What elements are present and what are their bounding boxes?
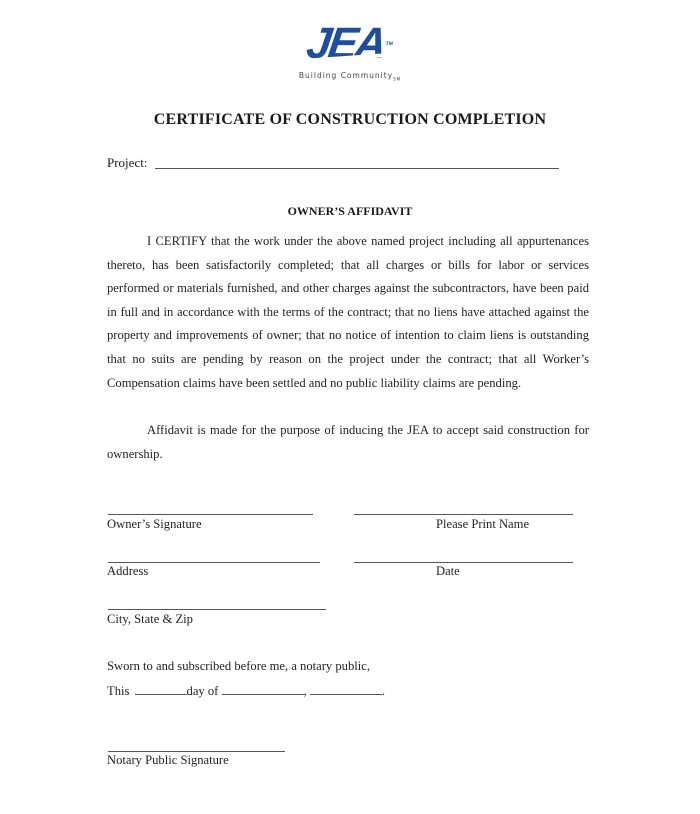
notary-sworn-text: Sworn to and subscribed before me, a not… [107, 659, 370, 674]
notary-month-field[interactable] [222, 682, 304, 695]
jea-logo: JEATM [0, 22, 700, 66]
notary-day-field[interactable] [135, 682, 187, 695]
notary-year-field[interactable] [310, 682, 382, 695]
print-name-label: Please Print Name [436, 517, 529, 532]
document-title: CERTIFICATE OF CONSTRUCTION COMPLETION [0, 111, 700, 129]
logo-tagline: Building CommunitySM [0, 71, 700, 82]
notary-signature-label: Notary Public Signature [107, 753, 229, 768]
city-state-zip-field[interactable] [108, 609, 326, 610]
owners-signature-label: Owner’s Signature [107, 517, 202, 532]
notary-date-line: This day of , . [107, 682, 385, 699]
notary-signature-field[interactable] [108, 751, 285, 752]
address-label: Address [107, 564, 148, 579]
day-of-label: day of [187, 684, 219, 698]
comma: , [304, 684, 307, 698]
period: . [382, 684, 385, 698]
project-field[interactable] [155, 168, 559, 169]
address-field[interactable] [108, 562, 320, 563]
jea-logo-mark: JEATM [304, 22, 396, 66]
this-label: This [107, 684, 129, 698]
city-state-zip-label: City, State & Zip [107, 612, 193, 627]
owners-signature-field[interactable] [108, 514, 313, 515]
owners-affidavit-heading: OWNER’S AFFIDAVIT [0, 204, 700, 219]
date-label: Date [436, 564, 460, 579]
date-field[interactable] [354, 562, 573, 563]
project-label: Project: [107, 155, 147, 171]
print-name-field[interactable] [354, 514, 573, 515]
affidavit-purpose-paragraph: Affidavit is made for the purpose of ind… [107, 419, 589, 466]
logo-trademark: TM [385, 41, 393, 47]
certification-paragraph: I CERTIFY that the work under the above … [107, 230, 589, 395]
